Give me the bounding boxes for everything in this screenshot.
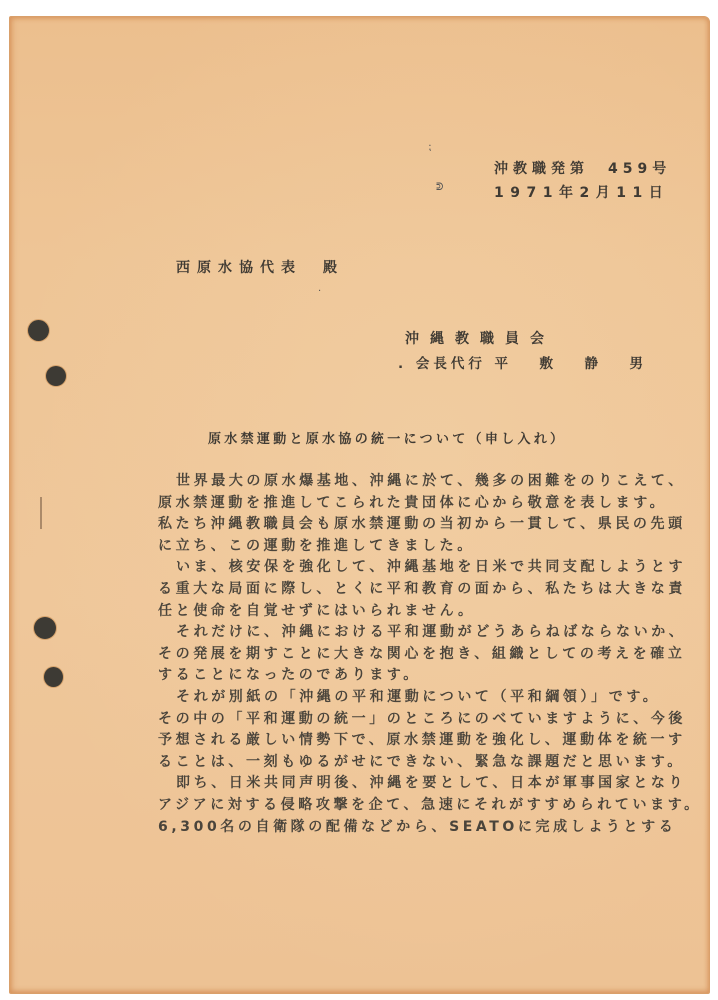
addressee: 西原水協代表 殿 (176, 257, 344, 277)
sender-organization: 沖縄教職員会 (405, 328, 555, 348)
document-title: 原水禁運動と原水協の統一について（申し入れ） (208, 428, 566, 447)
ink-speck: ᕲ (436, 182, 443, 193)
body-line: いま、核安保を強化して、沖縄基地を日米で共同支配しようとす (158, 557, 688, 579)
ink-speck: · (318, 286, 321, 297)
body-line: ることは、一刻もゆるがせにできない、緊急な課題だと思います。 (158, 752, 688, 774)
body-line: その発展を期すことに大きな関心を抱き、組織としての考えを確立 (158, 644, 688, 666)
body-line: それだけに、沖縄における平和運動がどうあらねばならないか、 (158, 622, 688, 644)
punch-hole (46, 366, 66, 386)
ink-speck: ⁏ (428, 142, 431, 153)
sender-signature: . 会長代行 平 敷 静 男 (398, 352, 652, 372)
punch-hole (34, 617, 56, 639)
reference-number: 沖教職発第 459号 (494, 158, 671, 178)
body-line: 世界最大の原水爆基地、沖縄に於て、幾多の困難をのりこえて、 (158, 471, 688, 493)
body-line: その中の「平和運動の統一」のところにのべていますように、今後 (158, 709, 688, 731)
body-line: 6,300名の自衛隊の配備などから、SEATOに完成しようとする (158, 817, 688, 839)
punch-hole (28, 320, 49, 341)
body-line: 即ち、日米共同声明後、沖縄を要として、日本が軍事国家となり (158, 773, 688, 795)
body-line: アジアに対する侵略攻撃を企て、急速にそれがすすめられています。 (158, 795, 688, 817)
sender-name: 平 敷 静 男 (495, 352, 653, 372)
document-date: 1971年2月11日 (494, 182, 669, 202)
body-line: に立ち、この運動を推進してきました。 (158, 536, 688, 558)
body-line: それが別紙の「沖縄の平和運動について（平和綱領）」です。 (158, 687, 688, 709)
body-line: 予想される厳しい情勢下で、原水禁運動を強化し、運動体を統一す (158, 730, 688, 752)
punch-hole (44, 667, 63, 687)
body-line: 原水禁運動を推進してこられた貴団体に心から敬意を表します。 (158, 493, 688, 515)
body-line: することになったのであります。 (158, 665, 688, 687)
staple-mark (40, 497, 42, 529)
body-line: 任と使命を自覚せずにはいられません。 (158, 601, 688, 623)
body-line: 私たち沖縄教職員会も原水禁運動の当初から一貫して、県民の先頭 (158, 514, 688, 536)
sender-role: 会長代行 (416, 352, 486, 372)
document-body: 世界最大の原水爆基地、沖縄に於て、幾多の困難をのりこえて、原水禁運動を推進してこ… (158, 471, 688, 838)
body-line: る重大な局面に際し、とくに平和教育の面から、私たちは大きな責 (158, 579, 688, 601)
